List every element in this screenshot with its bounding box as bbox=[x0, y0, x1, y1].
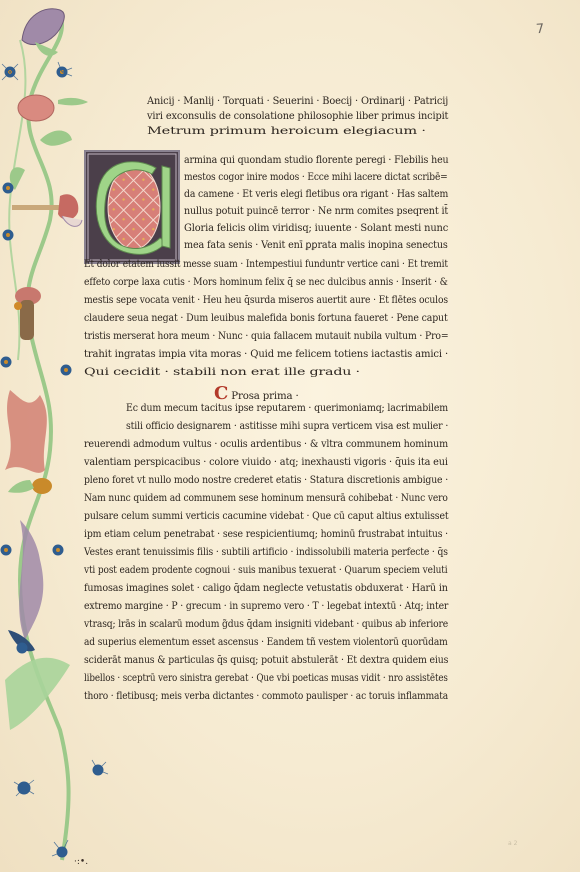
verse-line: mestis sepe vocata venit · Heu heu q̄sur… bbox=[84, 295, 448, 306]
floral-border-illumination: ·:•. bbox=[0, 0, 140, 872]
verse-line: mestos cogor inire modos · Ecce mihi lac… bbox=[184, 172, 448, 183]
trumpet-flower-icon bbox=[58, 194, 78, 220]
verse-line: Gloria felicis olim viridisq; iuuente · … bbox=[184, 223, 448, 234]
verse-line: da camene · Et veris elegi fletibus ora … bbox=[184, 189, 448, 200]
prose-line: ad superius elementum esset ascensus · E… bbox=[84, 637, 448, 648]
rose-flower-icon bbox=[18, 95, 54, 121]
prose-line: reuerendi admodum vultus · oculis ardent… bbox=[84, 439, 448, 450]
signature-mark: a 2 bbox=[508, 840, 517, 847]
gold-bud-icon bbox=[32, 478, 52, 494]
prose-line: pleno foret vt nullo modo nostre credere… bbox=[84, 475, 448, 486]
verse-line: trahit ingratas impia vita moras · Quid … bbox=[84, 349, 448, 360]
svg-text:·:•.: ·:•. bbox=[74, 857, 88, 867]
verse-line: Qui cecidit · stabili non erat ille grad… bbox=[84, 367, 360, 378]
manuscript-page: 7 a 2 bbox=[0, 0, 580, 872]
prose-line: extremo margine · P · grecum · in suprem… bbox=[84, 601, 448, 612]
prose-line: pulsare celum summi verticis cacumine vi… bbox=[84, 511, 448, 522]
prose-line: Vestes erant tenuissimis filis · subtili… bbox=[84, 547, 448, 558]
folio-number: 7 bbox=[535, 22, 544, 38]
prose-line: Ec dum mecum tacitus ipse reputarem · qu… bbox=[126, 403, 448, 414]
prose-line: ipm etiam celum penetrabat · sese respic… bbox=[84, 529, 448, 540]
acanthus-leaf-purple bbox=[19, 520, 43, 640]
verse-line: nullus potuit puincē terror · Ne nrm com… bbox=[184, 206, 448, 217]
prose-line: valentiam perspicacibus · colore viuido … bbox=[84, 457, 448, 468]
verse-line: mea fata senis · Venit enī ꝑꝑrata malis … bbox=[184, 240, 448, 251]
acanthus-leaf-red bbox=[5, 390, 47, 473]
heading-line: viri exconsulis de consolatione philosop… bbox=[147, 110, 448, 122]
heading-line: Metrum primum heroicum elegiacum · bbox=[147, 125, 426, 137]
prose-line: sciderāt manus & particulas q̄s quisq; p… bbox=[84, 655, 448, 666]
prose-line: thoro · fletibusq; meis verba dictantes … bbox=[84, 691, 448, 702]
verse-line: claudere seua negat · Dum leuibus malefi… bbox=[84, 313, 448, 324]
prose-line: stili officio designarem · astitisse mih… bbox=[126, 421, 448, 432]
prose-line: Nam nunc quidem ad communem sese hominum… bbox=[84, 493, 448, 504]
prosa-title-text: Prosa prima · bbox=[231, 391, 298, 402]
verse-line: Et dolor etatem iussit messe suam · Inte… bbox=[84, 259, 448, 270]
prose-line: vti post eadem prodente cognoui · suis m… bbox=[84, 565, 447, 576]
prosa-title: C Prosa prima · bbox=[214, 383, 299, 404]
illuminated-initial-c bbox=[84, 150, 180, 264]
prose-line: vtrasq; lrās in scalarū modum g̃dus q̄da… bbox=[84, 619, 448, 630]
heading-line: Anicij · Manlij · Torquati · Seuerini · … bbox=[147, 95, 448, 107]
prose-line: libellos · sceptrū vero sinistra gerebat… bbox=[84, 673, 448, 684]
rubric-mark: C bbox=[214, 383, 228, 404]
prose-line: fumosas imagines solet · caligo q̄dam ne… bbox=[84, 583, 448, 594]
acanthus-leaf-green bbox=[5, 658, 70, 730]
verse-line: armina qui quondam studio florente pereg… bbox=[184, 155, 449, 166]
verse-line: effeto corpe laxa cutis · Mors hominum f… bbox=[84, 277, 448, 288]
verse-line: tristis merserat hora meum · Nunc · quia… bbox=[84, 331, 448, 342]
